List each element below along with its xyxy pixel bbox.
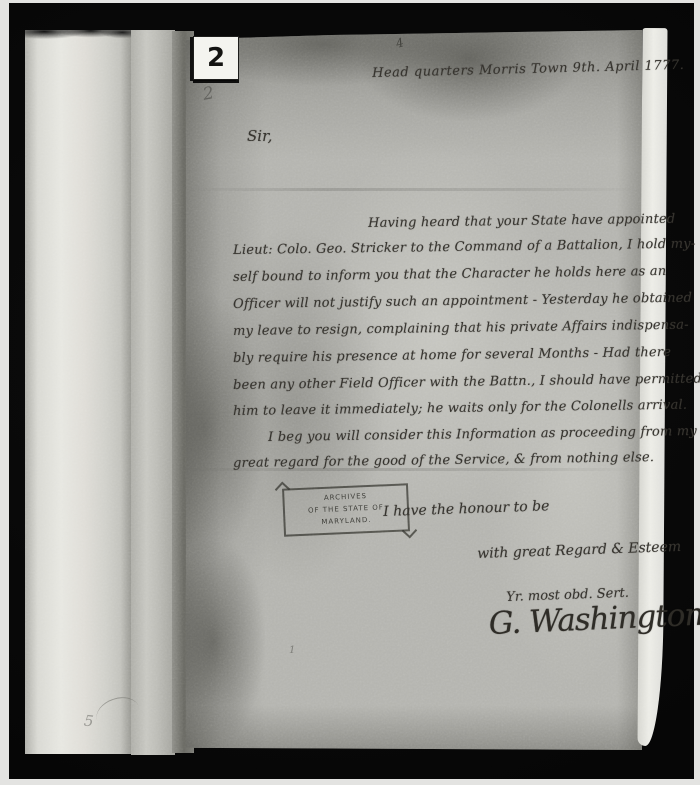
facing-page-edge — [25, 30, 131, 754]
letter-salutation: Sir, — [247, 127, 272, 145]
paper-fold-crease — [186, 188, 642, 191]
page-number-label: 2 — [193, 36, 239, 80]
page-edge-shadow-strip — [131, 30, 175, 755]
pencil-mark-bottom-left: 5 — [83, 712, 94, 731]
scanned-letter-screenshot: 2 4 2 5 1 Head quarters Morris Town 9th.… — [0, 0, 700, 785]
pencil-mark-margin-tick: 1 — [289, 645, 295, 656]
